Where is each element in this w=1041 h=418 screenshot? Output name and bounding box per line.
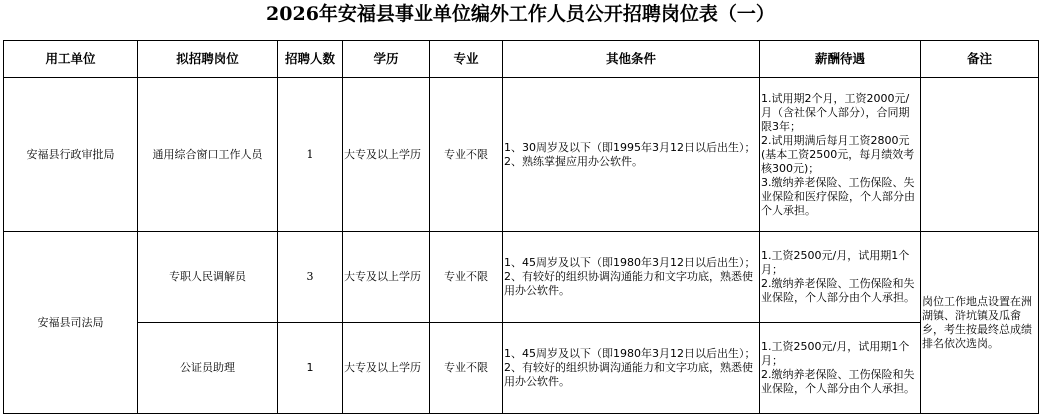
remarks-cell bbox=[921, 78, 1039, 232]
major-cell: 专业不限 bbox=[430, 232, 503, 323]
table-header-row: 用工单位 拟招聘岗位 招聘人数 学历 专业 其他条件 薪酬待遇 备注 bbox=[4, 41, 1039, 78]
header-count: 招聘人数 bbox=[278, 41, 343, 78]
count-cell: 1 bbox=[278, 78, 343, 232]
position-cell: 通用综合窗口工作人员 bbox=[138, 78, 278, 232]
count-cell: 3 bbox=[278, 232, 343, 323]
header-remarks: 备注 bbox=[921, 41, 1039, 78]
header-education: 学历 bbox=[343, 41, 430, 78]
header-salary: 薪酬待遇 bbox=[760, 41, 921, 78]
conditions-cell: 1、30周岁及以下（即1995年3月12日以后出生）； 2、熟练掌握应用办公软件… bbox=[503, 78, 760, 232]
education-cell: 大专及以上学历 bbox=[343, 78, 430, 232]
salary-cell: 1.工资2500元/月，试用期1个月； 2.缴纳养老保险、工伤保险和失业保险，个… bbox=[760, 323, 921, 414]
recruitment-table: 用工单位 拟招聘岗位 招聘人数 学历 专业 其他条件 薪酬待遇 备注 安福县行政… bbox=[3, 40, 1039, 414]
header-conditions: 其他条件 bbox=[503, 41, 760, 78]
table-row: 安福县行政审批局 通用综合窗口工作人员 1 大专及以上学历 专业不限 1、30周… bbox=[4, 78, 1039, 232]
education-cell: 大专及以上学历 bbox=[343, 323, 430, 414]
salary-cell: 1.工资2500元/月，试用期1个月； 2.缴纳养老保险、工伤保险和失业保险，个… bbox=[760, 232, 921, 323]
header-major: 专业 bbox=[430, 41, 503, 78]
conditions-cell: 1、45周岁及以下（即1980年3月12日以后出生）； 2、有较好的组织协调沟通… bbox=[503, 232, 760, 323]
remarks-cell: 岗位工作地点设置在洲湖镇、浒坑镇及瓜畲乡，考生按最终总成绩排名依次选岗。 bbox=[921, 232, 1039, 414]
conditions-cell: 1、45周岁及以下（即1980年3月12日以后出生）； 2、有较好的组织协调沟通… bbox=[503, 323, 760, 414]
education-cell: 大专及以上学历 bbox=[343, 232, 430, 323]
employer-cell: 安福县行政审批局 bbox=[4, 78, 138, 232]
major-cell: 专业不限 bbox=[430, 323, 503, 414]
table-row: 公证员助理 1 大专及以上学历 专业不限 1、45周岁及以下（即1980年3月1… bbox=[4, 323, 1039, 414]
header-employer: 用工单位 bbox=[4, 41, 138, 78]
header-position: 拟招聘岗位 bbox=[138, 41, 278, 78]
employer-cell: 安福县司法局 bbox=[4, 232, 138, 414]
page-title: 2026年安福县事业单位编外工作人员公开招聘岗位表（一） bbox=[0, 2, 1041, 26]
position-cell: 专职人民调解员 bbox=[138, 232, 278, 323]
count-cell: 1 bbox=[278, 323, 343, 414]
salary-cell: 1.试用期2个月，工资2000元/月（含社保个人部分），合同期限3年； 2.试用… bbox=[760, 78, 921, 232]
table-row: 安福县司法局 专职人民调解员 3 大专及以上学历 专业不限 1、45周岁及以下（… bbox=[4, 232, 1039, 323]
major-cell: 专业不限 bbox=[430, 78, 503, 232]
position-cell: 公证员助理 bbox=[138, 323, 278, 414]
